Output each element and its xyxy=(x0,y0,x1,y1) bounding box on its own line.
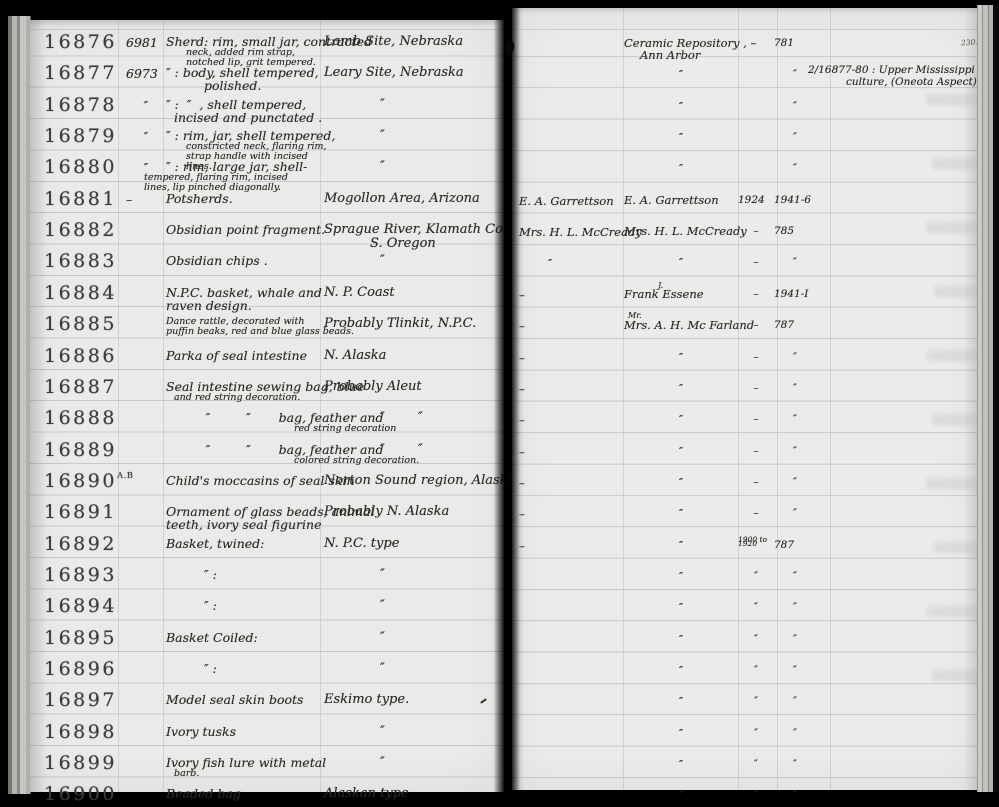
locality: N. P.C. type xyxy=(324,537,506,551)
catalog-number: 16898 xyxy=(44,721,128,743)
catalog-number: 16877 xyxy=(44,62,128,84)
page-edge-strip xyxy=(993,5,999,792)
text-line: Norton Sound region, Alaska xyxy=(324,474,506,488)
text-line: ″ xyxy=(624,633,738,645)
collector: – xyxy=(514,445,627,459)
catalog-number: 16894 xyxy=(44,595,128,617)
ledger-row: ″″″ xyxy=(512,778,978,807)
donor: Mrs. H. L. McCready xyxy=(624,225,738,237)
text-line: N.P.C. basket, whale and xyxy=(166,286,338,299)
ledger-row: –Mrs. A. H. Mc FarlandMr.–787 xyxy=(512,308,978,340)
text-line: ″ xyxy=(624,382,738,394)
ledger-row: Ceramic Repository , –Ann Arbor781 xyxy=(512,26,978,58)
accession-number: ″ xyxy=(774,758,816,770)
text-line: Mrs. H. L. McCready xyxy=(624,225,738,237)
text-line: ″ xyxy=(624,162,738,174)
text-line: ″ xyxy=(624,507,738,519)
date: ″ xyxy=(738,664,774,676)
ledger-row: –Frank EsseneJ.–1941-I xyxy=(512,277,978,309)
locality: Lamb Site, Nebraska xyxy=(324,35,506,49)
date: – xyxy=(738,382,774,394)
ledger-row: 16890A.BChild's moccasins of seal skinNo… xyxy=(30,465,504,497)
locality: Alaskan type xyxy=(324,787,506,801)
accession-number: ″ xyxy=(774,413,816,425)
ledger-row: ″″–″ xyxy=(512,245,978,277)
collector: – xyxy=(514,319,627,333)
catalog-number: 16896 xyxy=(44,658,128,680)
date: – xyxy=(738,288,774,300)
locality: Probably Aleut xyxy=(324,380,506,394)
date: ″ xyxy=(738,633,774,645)
date: ″ xyxy=(738,789,774,801)
locality: N. Alaska xyxy=(324,349,506,363)
donor: ″ xyxy=(624,162,738,174)
text-line: ″ xyxy=(624,570,738,582)
accession-number: ″ xyxy=(774,100,816,112)
donor: ″ xyxy=(624,445,738,457)
field-number: 6973 xyxy=(126,66,166,81)
catalog-number: 16882 xyxy=(44,219,128,241)
text-line: ″ xyxy=(624,664,738,676)
accession-number: 787 xyxy=(774,539,816,551)
accession-number: ″ xyxy=(774,601,816,613)
catalog-number: 16895 xyxy=(44,627,128,649)
catalog-number: 16880 xyxy=(44,156,128,178)
field-number: ″ xyxy=(126,129,166,144)
ledger-row: –″–″ xyxy=(512,496,978,528)
ledger-row: 16899Ivory fish lure with metalbarb.″ xyxy=(30,747,504,779)
text-line: N. Alaska xyxy=(324,349,506,363)
book-gutter xyxy=(494,0,520,794)
ledger-row: –″–″ xyxy=(512,465,978,497)
ledger-row: 16893″ :″ xyxy=(30,559,504,591)
donor-correction: Mr. xyxy=(628,310,642,322)
catalog-number: 16893 xyxy=(44,564,128,586)
object-description: Obsidian point fragment. xyxy=(166,223,338,236)
catalog-number: 16884 xyxy=(44,282,128,304)
object-description: Ivory tusks xyxy=(166,725,338,738)
ledger-row: 16895Basket Coiled:″ xyxy=(30,622,504,654)
text-line: Ivory tusks xyxy=(166,725,338,738)
ledger-row: 168766981Sherd: rim, small jar, contract… xyxy=(30,26,504,58)
bleed-through-ghost xyxy=(932,158,978,169)
catalog-number: 16892 xyxy=(44,533,128,555)
donor: ″ xyxy=(624,507,738,519)
accession-number: ″ xyxy=(774,695,816,707)
text-line: Beaded bag xyxy=(166,787,338,800)
ledger-row: ″″″ xyxy=(512,747,978,779)
collector: Mrs. H. L. McCready xyxy=(514,225,627,239)
bleed-through-ghost xyxy=(934,286,978,297)
donor: ″ xyxy=(624,539,738,551)
catalog-number: 16890A.B xyxy=(44,470,128,492)
ledger-row: 16889 ″ ″ bag, feather andcolored string… xyxy=(30,434,504,466)
donor: ″ xyxy=(624,68,738,80)
donor: ″ xyxy=(624,601,738,613)
catalog-number: 16879 xyxy=(44,125,128,147)
donor: ″ xyxy=(624,633,738,645)
donor-correction: J. xyxy=(658,280,663,292)
field-number: 6981 xyxy=(126,35,166,50)
locality: N. P. Coast xyxy=(324,286,506,300)
field-number: – xyxy=(126,192,166,207)
text-line: ″ xyxy=(624,68,738,80)
accession-number: ″ xyxy=(774,633,816,645)
ledger-row: 16881–Potsherds.Mogollon Area, Arizona xyxy=(30,183,504,215)
text-line: Child's moccasins of seal skin xyxy=(166,474,338,487)
accession-number: ″ xyxy=(774,162,816,174)
ledger-row: E. A. GarrettsonE. A. Garrettson19241941… xyxy=(512,183,978,215)
date-line: 1920 xyxy=(738,540,774,548)
object-description: Seal intestine sewing bag, blueand red s… xyxy=(166,380,338,403)
page-number: 230. xyxy=(961,38,978,48)
ledger-row: ″″″ xyxy=(512,653,978,685)
ledger-row: –″–″ xyxy=(512,340,978,372)
date: – xyxy=(738,413,774,425)
ledger-row: –″–″ xyxy=(512,371,978,403)
ledger-row: 16892Basket, twined:N. P.C. type xyxy=(30,528,504,560)
catalog-number: 16900 xyxy=(44,783,128,805)
text-line: Lamb Site, Nebraska xyxy=(324,35,506,49)
text-line: ″ xyxy=(624,413,738,425)
text-line-small: puffin beaks, red and blue glass beads. xyxy=(166,327,338,337)
ledger-row: ″″″ xyxy=(512,622,978,654)
donor: ″ xyxy=(624,100,738,112)
ledger-row: 16884N.P.C. basket, whale andraven desig… xyxy=(30,277,504,309)
collector: – xyxy=(514,382,627,396)
object-description: Obsidian chips . xyxy=(166,254,338,267)
text-line: Basket, twined: xyxy=(166,537,338,550)
date: ″ xyxy=(738,570,774,582)
bleed-through-ghost xyxy=(926,478,978,489)
accession-number: ″ xyxy=(774,727,816,739)
catalog-number: 16889 xyxy=(44,439,128,461)
bleed-through-ghost xyxy=(927,350,977,361)
text-line: ″ xyxy=(624,695,738,707)
donor: ″ xyxy=(624,789,738,801)
catalog-number: 16886 xyxy=(44,345,128,367)
donor: ″ xyxy=(624,382,738,394)
donor: ″ xyxy=(624,570,738,582)
accession-number: ″ xyxy=(774,570,816,582)
catalog-number: 16888 xyxy=(44,407,128,429)
donor: Mrs. A. H. Mc FarlandMr. xyxy=(624,319,738,331)
ledger-left-page: 168766981Sherd: rim, small jar, contract… xyxy=(30,20,504,792)
catalog-number: 16887 xyxy=(44,376,128,398)
locality: Probably N. Alaska xyxy=(324,505,506,519)
ledger-row: ″″″ xyxy=(512,590,978,622)
ledger-row: 16898Ivory tusks″ xyxy=(30,716,504,748)
text-line: Mogollon Area, Arizona xyxy=(324,192,506,206)
locality: Leary Site, Nebraska xyxy=(324,66,506,80)
donor: ″ xyxy=(624,413,738,425)
ledger-row: Mrs. H. L. McCreadyMrs. H. L. McCready–7… xyxy=(512,214,978,246)
date: ″ xyxy=(738,758,774,770)
text-line: Probably Aleut xyxy=(324,380,506,394)
accession-number: ″ xyxy=(774,789,816,801)
text-line: N. P. Coast xyxy=(324,286,506,300)
accession-number: ″ xyxy=(774,131,816,143)
catalog-number: 16878 xyxy=(44,94,128,116)
left-page-edge-stack xyxy=(0,0,30,807)
date: – xyxy=(738,319,774,331)
collector: – xyxy=(514,507,627,521)
donor: E. A. Garrettson xyxy=(624,194,738,206)
catalog-number: 16891 xyxy=(44,501,128,523)
ledger-row: ″″2/16877-80 : Upper Mississippiculture,… xyxy=(512,57,978,89)
locality: Probably Tlinkit, N.P.C. xyxy=(324,317,506,331)
text-line: ″ xyxy=(624,131,738,143)
accession-number: 1941-I xyxy=(774,288,816,300)
locality: Mogollon Area, Arizona xyxy=(324,192,506,206)
accession-number: 787 xyxy=(774,319,816,331)
text-line: ″ xyxy=(624,601,738,613)
catalog-suffix: A.B xyxy=(117,471,134,481)
date: – xyxy=(738,445,774,457)
text-line: ″ xyxy=(624,100,738,112)
ledger-row: 16878″″ : ″ , shell tempered,incised and… xyxy=(30,89,504,121)
text-line: Obsidian point fragment. xyxy=(166,223,338,236)
text-line: Sprague River, Klamath Co. xyxy=(324,223,506,237)
collector: – xyxy=(514,288,627,302)
date: 1900 to1920 xyxy=(738,539,774,548)
collector: – xyxy=(514,351,627,365)
donor: ″ xyxy=(624,758,738,770)
donor: ″ xyxy=(624,256,738,268)
text-line: Basket Coiled: xyxy=(166,631,338,644)
ledger-row: –″–″ xyxy=(512,402,978,434)
object-description: Parka of seal intestine xyxy=(166,349,338,362)
object-description: Dance rattle, decorated withpuffin beaks… xyxy=(166,317,338,337)
date: – xyxy=(738,256,774,268)
ledger-row: 16879″″ : rim, jar, shell tempered,const… xyxy=(30,120,504,152)
bleed-through-ghost xyxy=(932,414,978,425)
object-description: Basket, twined: xyxy=(166,537,338,550)
catalog-number: 16883 xyxy=(44,250,128,272)
text-line: ″ xyxy=(624,539,738,551)
accession-number: ″ xyxy=(774,664,816,676)
ledger-row: 16900Beaded bagAlaskan type xyxy=(30,778,504,807)
object-description: Potsherds. xyxy=(166,192,338,205)
text-line: ″ xyxy=(624,445,738,457)
text-line: ″ xyxy=(624,727,738,739)
catalog-number: 16897 xyxy=(44,689,128,711)
catalog-number: 16899 xyxy=(44,752,128,774)
date: ″ xyxy=(738,695,774,707)
ledger-row: ″″ xyxy=(512,151,978,183)
date: ″ xyxy=(738,601,774,613)
date: – xyxy=(738,225,774,237)
collector: – xyxy=(514,539,627,553)
donor: ″ xyxy=(624,695,738,707)
locality: Eskimo type. xyxy=(324,693,506,707)
ledger-scan: 168766981Sherd: rim, small jar, contract… xyxy=(0,0,999,807)
object-description: Model seal skin boots xyxy=(166,693,338,706)
object-description: ″ ″ bag, feather andred string decoratio… xyxy=(166,411,338,434)
ledger-row: 16885Dance rattle, decorated withpuffin … xyxy=(30,308,504,340)
accession-number: 781 xyxy=(774,37,816,49)
date: – xyxy=(738,351,774,363)
donor: ″ xyxy=(624,664,738,676)
bleed-through-ghost xyxy=(926,94,978,105)
accession-number: ″ xyxy=(774,445,816,457)
text-line: ″ : ″ , shell tempered, xyxy=(166,98,338,111)
bleed-through-ghost xyxy=(926,222,978,233)
bleed-through-ghost xyxy=(927,606,977,617)
locality: Norton Sound region, Alaska xyxy=(324,474,506,488)
bleed-through-ghost xyxy=(933,542,978,553)
text-line: Probably Tlinkit, N.P.C. xyxy=(324,317,506,331)
text-line: Parka of seal intestine xyxy=(166,349,338,362)
collector: – xyxy=(514,476,627,490)
ledger-row: 16886Parka of seal intestineN. Alaska xyxy=(30,340,504,372)
text-line: Model seal skin boots xyxy=(166,693,338,706)
ledger-row: ″″ xyxy=(512,89,978,121)
ledger-row: 16880″″ : rim, large jar, shell-tempered… xyxy=(30,151,504,183)
text-line: ″ xyxy=(624,476,738,488)
ledger-row: 16888 ″ ″ bag, feather andred string dec… xyxy=(30,402,504,434)
ledger-row: 16882Obsidian point fragment.Sprague Riv… xyxy=(30,214,504,246)
donor: ″ xyxy=(624,131,738,143)
text-line: Obsidian chips . xyxy=(166,254,338,267)
donor: ″ xyxy=(624,476,738,488)
ledger-row: –″–″ xyxy=(512,434,978,466)
text-line: Alaskan type xyxy=(324,787,506,801)
ledger-row: 16883Obsidian chips .″ xyxy=(30,245,504,277)
donor: ″ xyxy=(624,351,738,363)
ledger-row: 168776973″ : body, shell tempered,polish… xyxy=(30,57,504,89)
object-description: Ivory fish lure with metalbarb. xyxy=(166,756,338,779)
ledger-row: ″″″ xyxy=(512,559,978,591)
field-number: ″ xyxy=(126,98,166,113)
ledger-row: 16894″ :″ xyxy=(30,590,504,622)
date: – xyxy=(738,507,774,519)
accession-number: ″ xyxy=(774,382,816,394)
donor: ″ xyxy=(624,727,738,739)
object-description: ″ ″ bag, feather andcolored string decor… xyxy=(166,443,338,466)
text-line: ″ xyxy=(624,351,738,363)
collector: E. A. Garrettson xyxy=(514,194,627,208)
text-line: ″ xyxy=(624,758,738,770)
donor: Frank EsseneJ. xyxy=(624,288,738,300)
accession-number: ″ xyxy=(774,507,816,519)
ledger-row: ″″″ xyxy=(512,684,978,716)
accession-number: 1941-6 xyxy=(774,194,816,206)
accession-number: 785 xyxy=(774,225,816,237)
remarks: 2/16877-80 : Upper Mississippiculture, (… xyxy=(808,65,980,88)
text-line: Probably N. Alaska xyxy=(324,505,506,519)
date: ″ xyxy=(738,727,774,739)
ledger-right-page: Ceramic Repository , –Ann Arbor781″″2/16… xyxy=(512,8,978,790)
text-line: N. P.C. type xyxy=(324,537,506,551)
date: – xyxy=(738,476,774,488)
accession-number: ″ xyxy=(774,256,816,268)
text-line: Leary Site, Nebraska xyxy=(324,66,506,80)
text-line: Frank Essene xyxy=(624,288,738,300)
text-line: ″ ″ bag, feather and xyxy=(166,443,338,456)
text-line: Seal intestine sewing bag, blue xyxy=(166,380,338,393)
ledger-row: 16887Seal intestine sewing bag, blueand … xyxy=(30,371,504,403)
catalog-number: 16881 xyxy=(44,188,128,210)
right-page-edge-stack xyxy=(977,5,999,792)
text-line: Eskimo type. xyxy=(324,693,506,707)
text-line: E. A. Garrettson xyxy=(624,194,738,206)
catalog-number: 16885 xyxy=(44,313,128,335)
catalog-number: 16876 xyxy=(44,31,128,53)
ledger-row: ″″ xyxy=(512,120,978,152)
ledger-row: 16897Model seal skin bootsEskimo type. xyxy=(30,684,504,716)
text-line: ″ xyxy=(624,789,738,801)
bleed-through-ghost xyxy=(932,670,978,681)
ledger-row: 16896″ :″ xyxy=(30,653,504,685)
text-line: Potsherds. xyxy=(166,192,338,205)
ledger-row: ″″″ xyxy=(512,716,978,748)
accession-number: ″ xyxy=(774,351,816,363)
object-description: Child's moccasins of seal skin xyxy=(166,474,338,487)
text-line: ″ xyxy=(624,256,738,268)
date: 1924 xyxy=(738,194,774,206)
text-line: culture, (Oneota Aspect). xyxy=(846,77,980,89)
ledger-row: –″1900 to1920787 xyxy=(512,528,978,560)
accession-number: ″ xyxy=(774,476,816,488)
collector: – xyxy=(514,413,627,427)
ledger-row: 16891Ornament of glass beads, animalteet… xyxy=(30,496,504,528)
object-description: Basket Coiled: xyxy=(166,631,338,644)
object-description: Beaded bag xyxy=(166,787,338,800)
